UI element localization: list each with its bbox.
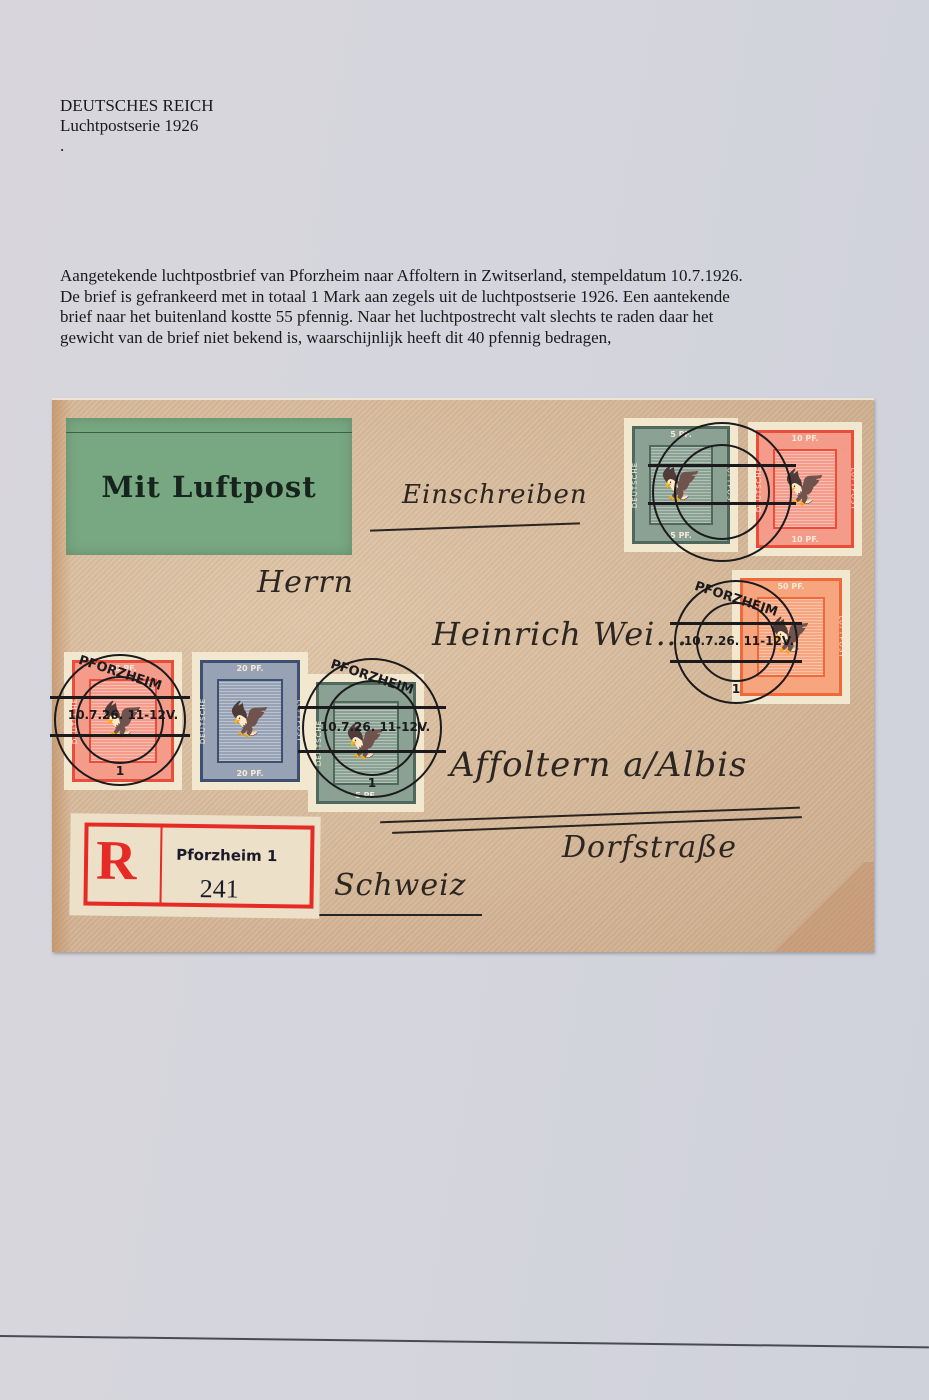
registration-place: Pforzheim 1 [176, 846, 277, 865]
postmark-date: 10.7.26. 11-12V. [300, 720, 450, 734]
stamp-denomination: 10 PF. [759, 434, 851, 443]
registration-number: 241 [199, 874, 238, 905]
description-line: De brief is gefrankeerd met in totaal 1 … [60, 287, 870, 308]
registration-letter: R [96, 829, 137, 894]
stamp-country: DEUTSCHE [631, 462, 639, 508]
stamp-type: LUFTPOST [849, 467, 857, 510]
handwriting-city: Affoltern a/Albis [450, 745, 747, 785]
handwriting-country: Schweiz [334, 868, 467, 903]
description-line: brief naar het buitenland kostte 55 pfen… [60, 307, 870, 328]
stamp-denomination: 20 PF. [203, 664, 297, 673]
stamp-denomination: 20 PF. [203, 769, 297, 778]
postmark-office: 1 [56, 764, 184, 778]
envelope: Mit Luftpost Einschreiben Herrn Heinrich… [52, 398, 874, 952]
handwriting-street: Dorfstraße [562, 830, 737, 865]
postmark-date: 10.7.26. 11-12V. [52, 708, 194, 722]
stamp-20pf: 20 PF. DEUTSCHE LUFTPOST 🦅 20 PF. [192, 652, 308, 790]
page-divider-line [0, 1335, 929, 1348]
description-line: gewicht van de brief niet bekend is, waa… [60, 328, 870, 349]
page-heading: DEUTSCHES REICH Luchtpostserie 1926 . [60, 96, 213, 156]
airmail-label: Mit Luftpost [66, 418, 352, 555]
airmail-label-rule [66, 432, 352, 433]
heading-series: Luchtpostserie 1926 [60, 116, 213, 136]
postmark-office: 1 [304, 776, 440, 790]
handwriting-salutation: Herrn [257, 565, 354, 600]
description: Aangetekende luchtpostbrief van Pforzhei… [60, 266, 870, 348]
postmark: PFORZHEIM 10.7.26. 11-12V. 1 [54, 654, 186, 786]
stamp-country: DEUTSCHE [199, 698, 207, 744]
postmark-date: 10.7.26. 11-12V. [672, 634, 806, 648]
heading-country: DEUTSCHES REICH [60, 96, 213, 116]
postmark [652, 422, 792, 562]
underline [370, 522, 580, 531]
postmark: PFORZHEIM 10.7.26. 11-12V. 1 [674, 580, 798, 704]
stamp-type: LUFTPOST [837, 615, 845, 658]
registration-label: R Pforzheim 1 241 [69, 813, 320, 918]
eagle-icon: 🦅 [229, 704, 271, 738]
heading-dot: . [60, 136, 213, 156]
postmark-office: 1 [676, 682, 796, 696]
airmail-label-text: Mit Luftpost [66, 470, 352, 504]
handwriting-name: Heinrich Wei… [432, 615, 688, 653]
postmark: PFORZHEIM 10.7.26. 11-12V. 1 [302, 658, 442, 798]
description-line: Aangetekende luchtpostbrief van Pforzhei… [60, 266, 870, 287]
underline [380, 807, 800, 824]
underline [307, 914, 482, 916]
handwriting-registered: Einschreiben [402, 480, 588, 510]
